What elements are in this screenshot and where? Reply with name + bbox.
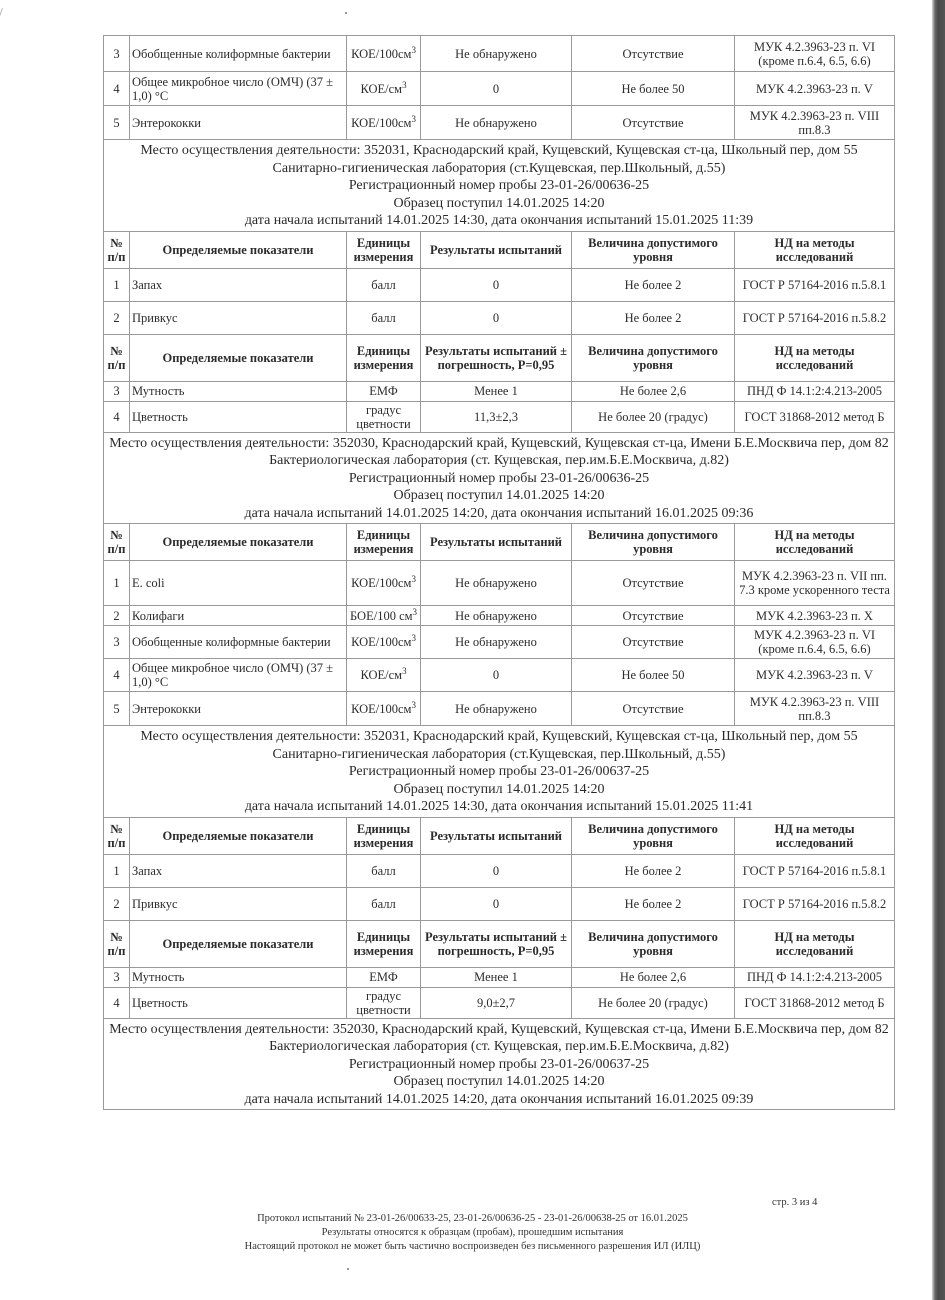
indicator-cell: Общее микробное число (ОМЧ) (37 ± 1,0) °…	[130, 72, 347, 106]
unit-cell: БОЕ/100 см3	[347, 606, 421, 626]
sample-received: Образец поступил 14.01.2025 14:20	[108, 781, 890, 799]
limit-cell: Отсутствие	[572, 626, 735, 659]
row-number: 2	[104, 606, 130, 626]
result-cell: Менее 1	[421, 967, 572, 987]
test-dates: дата начала испытаний 14.01.2025 14:20, …	[108, 1091, 890, 1109]
col-result-header: Результаты испытаний ± погрешность, Р=0,…	[421, 334, 572, 381]
col-num-header: № п/п	[104, 524, 130, 561]
limit-cell: Отсутствие	[572, 106, 735, 140]
sample-info-cell: Место осуществления деятельности: 352030…	[104, 1018, 895, 1110]
col-limit-header: Величина допустимого уровня	[572, 920, 735, 967]
method-cell: ПНД Ф 14.1:2:4.213-2005	[735, 381, 895, 401]
lab-text: Бактериологическая лаборатория (ст. Куще…	[108, 452, 890, 470]
row-number: 1	[104, 854, 130, 887]
unit-superscript: 3	[411, 574, 416, 584]
result-cell: Не обнаружено	[421, 626, 572, 659]
limit-cell: Не более 20 (градус)	[572, 401, 735, 432]
table-row: 1Запахбалл0Не более 2ГОСТ Р 57164-2016 п…	[104, 268, 895, 301]
result-cell: 9,0±2,7	[421, 987, 572, 1018]
row-number: 5	[104, 106, 130, 140]
footer-copy-note: Настоящий протокол не может быть частичн…	[0, 1240, 945, 1253]
registration-number: Регистрационный номер пробы 23-01-26/006…	[108, 177, 890, 195]
indicator-cell: Общее микробное число (ОМЧ) (37 ± 1,0) °…	[130, 659, 347, 692]
sample-info-cell: Место осуществления деятельности: 352031…	[104, 726, 895, 818]
method-cell: МУК 4.2.3963-23 п. VI (кроме п.6.4, 6.5,…	[735, 36, 895, 72]
sample-received: Образец поступил 14.01.2025 14:20	[108, 1073, 890, 1091]
place-text: Место осуществления деятельности: 352030…	[108, 435, 890, 453]
scan-speck	[347, 1268, 349, 1270]
limit-cell: Не более 2	[572, 301, 735, 334]
col-unit-header: Единицы измерения	[347, 817, 421, 854]
limit-cell: Не более 2	[572, 854, 735, 887]
method-cell: ГОСТ Р 57164-2016 п.5.8.2	[735, 887, 895, 920]
indicator-cell: Запах	[130, 268, 347, 301]
method-cell: МУК 4.2.3963-23 п. VIII пп.8.3	[735, 106, 895, 140]
method-cell: ГОСТ 31868-2012 метод Б	[735, 401, 895, 432]
row-number: 3	[104, 967, 130, 987]
table-row: 3Обобщенные колиформные бактерииКОЕ/100с…	[104, 626, 895, 659]
unit-cell: балл	[347, 854, 421, 887]
result-cell: Не обнаружено	[421, 606, 572, 626]
row-number: 4	[104, 72, 130, 106]
unit-superscript: 3	[411, 44, 416, 54]
table-header-row: № п/пОпределяемые показателиЕдиницы изме…	[104, 231, 895, 268]
row-number: 4	[104, 987, 130, 1018]
result-cell: Не обнаружено	[421, 692, 572, 726]
col-num-header: № п/п	[104, 817, 130, 854]
col-method-header: НД на методы исследований	[735, 231, 895, 268]
unit-cell: ЕМФ	[347, 381, 421, 401]
lab-text: Бактериологическая лаборатория (ст. Куще…	[108, 1038, 890, 1056]
indicator-cell: Энтерококки	[130, 106, 347, 140]
indicator-cell: Колифаги	[130, 606, 347, 626]
col-limit-header: Величина допустимого уровня	[572, 524, 735, 561]
sample-info-row: Место осуществления деятельности: 352030…	[104, 432, 895, 524]
test-protocol-page: 3Обобщенные колиформные бактерииКОЕ/100с…	[103, 35, 894, 1110]
col-num-header: № п/п	[104, 231, 130, 268]
footer-protocol-line: Протокол испытаний № 23-01-26/00633-25, …	[0, 1212, 945, 1225]
result-cell: Не обнаружено	[421, 561, 572, 606]
unit-superscript: 3	[411, 633, 416, 643]
sample-info-cell: Место осуществления деятельности: 352030…	[104, 432, 895, 524]
table-row: 2Привкусбалл0Не более 2ГОСТ Р 57164-2016…	[104, 887, 895, 920]
place-text: Место осуществления деятельности: 352030…	[108, 1021, 890, 1039]
method-cell: МУК 4.2.3963-23 п. X	[735, 606, 895, 626]
table-row: 4Общее микробное число (ОМЧ) (37 ± 1,0) …	[104, 72, 895, 106]
unit-text: градус цветности	[356, 989, 410, 1017]
unit-cell: ЕМФ	[347, 967, 421, 987]
indicator-cell: Привкус	[130, 887, 347, 920]
unit-text: балл	[371, 897, 396, 911]
limit-cell: Не более 50	[572, 659, 735, 692]
result-cell: 0	[421, 659, 572, 692]
unit-text: КОЕ/100см	[351, 576, 411, 590]
unit-superscript: 3	[402, 666, 407, 676]
result-cell: 0	[421, 268, 572, 301]
row-number: 4	[104, 659, 130, 692]
method-cell: ПНД Ф 14.1:2:4.213-2005	[735, 967, 895, 987]
limit-cell: Не более 50	[572, 72, 735, 106]
sample-info-row: Место осуществления деятельности: 352031…	[104, 140, 895, 232]
limit-cell: Не более 20 (градус)	[572, 987, 735, 1018]
sample-info-row: Место осуществления деятельности: 352031…	[104, 726, 895, 818]
row-number: 1	[104, 561, 130, 606]
table-row: 3МутностьЕМФМенее 1Не более 2,6ПНД Ф 14.…	[104, 967, 895, 987]
row-number: 2	[104, 887, 130, 920]
indicator-cell: Обобщенные колиформные бактерии	[130, 626, 347, 659]
unit-text: балл	[371, 864, 396, 878]
indicator-cell: Мутность	[130, 967, 347, 987]
unit-cell: КОЕ/100см3	[347, 626, 421, 659]
unit-cell: градус цветности	[347, 987, 421, 1018]
registration-number: Регистрационный номер пробы 23-01-26/006…	[108, 763, 890, 781]
unit-cell: КОЕ/100см3	[347, 561, 421, 606]
col-limit-header: Величина допустимого уровня	[572, 817, 735, 854]
table-header-row: № п/пОпределяемые показателиЕдиницы изме…	[104, 920, 895, 967]
lab-text: Санитарно-гигиеническая лаборатория (ст.…	[108, 160, 890, 178]
sample-info-row: Место осуществления деятельности: 352030…	[104, 1018, 895, 1110]
sample-info-cell: Место осуществления деятельности: 352031…	[104, 140, 895, 232]
table-row: 5ЭнтерококкиКОЕ/100см3Не обнаруженоОтсут…	[104, 106, 895, 140]
col-indicator-header: Определяемые показатели	[130, 817, 347, 854]
unit-text: КОЕ/100см	[351, 702, 411, 716]
unit-text: ЕМФ	[369, 970, 397, 984]
unit-superscript: 3	[411, 113, 416, 123]
place-text: Место осуществления деятельности: 352031…	[108, 142, 890, 160]
limit-cell: Не более 2,6	[572, 967, 735, 987]
test-dates: дата начала испытаний 14.01.2025 14:20, …	[108, 505, 890, 523]
table-row: 1Запахбалл0Не более 2ГОСТ Р 57164-2016 п…	[104, 854, 895, 887]
unit-cell: градус цветности	[347, 401, 421, 432]
row-number: 4	[104, 401, 130, 432]
unit-text: КОЕ/см	[360, 82, 402, 96]
unit-text: балл	[371, 311, 396, 325]
indicator-cell: Запах	[130, 854, 347, 887]
unit-text: КОЕ/100см	[351, 116, 411, 130]
limit-cell: Не более 2,6	[572, 381, 735, 401]
row-number: 5	[104, 692, 130, 726]
unit-cell: КОЕ/см3	[347, 659, 421, 692]
test-dates: дата начала испытаний 14.01.2025 14:30, …	[108, 798, 890, 816]
row-number: 3	[104, 381, 130, 401]
limit-cell: Отсутствие	[572, 561, 735, 606]
unit-text: ЕМФ	[369, 384, 397, 398]
limit-cell: Не более 2	[572, 887, 735, 920]
col-result-header: Результаты испытаний	[421, 817, 572, 854]
unit-cell: КОЕ/100см3	[347, 36, 421, 72]
table-row: 5ЭнтерококкиКОЕ/100см3Не обнаруженоОтсут…	[104, 692, 895, 726]
sample-received: Образец поступил 14.01.2025 14:20	[108, 487, 890, 505]
col-result-header: Результаты испытаний	[421, 524, 572, 561]
method-cell: ГОСТ Р 57164-2016 п.5.8.2	[735, 301, 895, 334]
table-header-row: № п/пОпределяемые показателиЕдиницы изме…	[104, 334, 895, 381]
page-number: стр. 3 из 4	[772, 1197, 817, 1208]
unit-cell: КОЕ/100см3	[347, 692, 421, 726]
col-limit-header: Величина допустимого уровня	[572, 231, 735, 268]
col-indicator-header: Определяемые показатели	[130, 231, 347, 268]
scan-artifact-line	[0, 8, 3, 206]
col-indicator-header: Определяемые показатели	[130, 334, 347, 381]
unit-cell: КОЕ/см3	[347, 72, 421, 106]
limit-cell: Отсутствие	[572, 606, 735, 626]
unit-text: КОЕ/100см	[351, 47, 411, 61]
registration-number: Регистрационный номер пробы 23-01-26/006…	[108, 1056, 890, 1074]
method-cell: МУК 4.2.3963-23 п. VIII пп.8.3	[735, 692, 895, 726]
registration-number: Регистрационный номер пробы 23-01-26/006…	[108, 470, 890, 488]
col-result-header: Результаты испытаний ± погрешность, Р=0,…	[421, 920, 572, 967]
row-number: 3	[104, 36, 130, 72]
scanner-edge-shadow	[932, 0, 945, 1300]
col-unit-header: Единицы измерения	[347, 524, 421, 561]
unit-cell: КОЕ/100см3	[347, 106, 421, 140]
method-cell: МУК 4.2.3963-23 п. V	[735, 659, 895, 692]
table-row: 2КолифагиБОЕ/100 см3Не обнаруженоОтсутст…	[104, 606, 895, 626]
method-cell: ГОСТ Р 57164-2016 п.5.8.1	[735, 854, 895, 887]
col-unit-header: Единицы измерения	[347, 920, 421, 967]
place-text: Место осуществления деятельности: 352031…	[108, 728, 890, 746]
row-number: 1	[104, 268, 130, 301]
unit-superscript: 3	[411, 699, 416, 709]
method-cell: ГОСТ Р 57164-2016 п.5.8.1	[735, 268, 895, 301]
col-num-header: № п/п	[104, 920, 130, 967]
indicator-cell: E. coli	[130, 561, 347, 606]
col-indicator-header: Определяемые показатели	[130, 920, 347, 967]
table-row: 4Общее микробное число (ОМЧ) (37 ± 1,0) …	[104, 659, 895, 692]
col-result-header: Результаты испытаний	[421, 231, 572, 268]
unit-cell: балл	[347, 887, 421, 920]
result-cell: Менее 1	[421, 381, 572, 401]
test-dates: дата начала испытаний 14.01.2025 14:30, …	[108, 212, 890, 230]
table-row: 3Обобщенные колиформные бактерииКОЕ/100с…	[104, 36, 895, 72]
lab-text: Санитарно-гигиеническая лаборатория (ст.…	[108, 746, 890, 764]
result-cell: 0	[421, 854, 572, 887]
indicator-cell: Цветность	[130, 987, 347, 1018]
table-row: 4Цветностьградус цветности11,3±2,3Не бол…	[104, 401, 895, 432]
unit-superscript: 3	[413, 606, 418, 616]
col-method-header: НД на методы исследований	[735, 334, 895, 381]
method-cell: ГОСТ 31868-2012 метод Б	[735, 987, 895, 1018]
sample-received: Образец поступил 14.01.2025 14:20	[108, 195, 890, 213]
table-header-row: № п/пОпределяемые показателиЕдиницы изме…	[104, 524, 895, 561]
method-cell: МУК 4.2.3963-23 п. VI (кроме п.6.4, 6.5,…	[735, 626, 895, 659]
result-cell: 0	[421, 887, 572, 920]
results-table: 3Обобщенные колиформные бактерииКОЕ/100с…	[103, 35, 895, 1110]
col-unit-header: Единицы измерения	[347, 334, 421, 381]
limit-cell: Не более 2	[572, 268, 735, 301]
footer-results-note: Результаты относятся к образцам (пробам)…	[0, 1226, 945, 1239]
row-number: 3	[104, 626, 130, 659]
indicator-cell: Энтерококки	[130, 692, 347, 726]
unit-text: балл	[371, 278, 396, 292]
col-limit-header: Величина допустимого уровня	[572, 334, 735, 381]
unit-text: КОЕ/100см	[351, 635, 411, 649]
table-header-row: № п/пОпределяемые показателиЕдиницы изме…	[104, 817, 895, 854]
indicator-cell: Мутность	[130, 381, 347, 401]
scan-speck	[345, 12, 347, 14]
table-row: 4Цветностьградус цветности9,0±2,7Не боле…	[104, 987, 895, 1018]
col-method-header: НД на методы исследований	[735, 524, 895, 561]
result-cell: 0	[421, 72, 572, 106]
indicator-cell: Цветность	[130, 401, 347, 432]
limit-cell: Отсутствие	[572, 692, 735, 726]
results-table-body: 3Обобщенные колиформные бактерииКОЕ/100с…	[104, 36, 895, 1110]
unit-cell: балл	[347, 268, 421, 301]
col-num-header: № п/п	[104, 334, 130, 381]
table-row: 2Привкусбалл0Не более 2ГОСТ Р 57164-2016…	[104, 301, 895, 334]
unit-text: КОЕ/см	[360, 668, 402, 682]
unit-cell: балл	[347, 301, 421, 334]
col-indicator-header: Определяемые показатели	[130, 524, 347, 561]
result-cell: 11,3±2,3	[421, 401, 572, 432]
indicator-cell: Обобщенные колиформные бактерии	[130, 36, 347, 72]
col-method-header: НД на методы исследований	[735, 920, 895, 967]
table-row: 1E. coliКОЕ/100см3Не обнаруженоОтсутстви…	[104, 561, 895, 606]
result-cell: Не обнаружено	[421, 106, 572, 140]
unit-text: градус цветности	[356, 403, 410, 431]
col-method-header: НД на методы исследований	[735, 817, 895, 854]
result-cell: 0	[421, 301, 572, 334]
limit-cell: Отсутствие	[572, 36, 735, 72]
col-unit-header: Единицы измерения	[347, 231, 421, 268]
method-cell: МУК 4.2.3963-23 п. V	[735, 72, 895, 106]
indicator-cell: Привкус	[130, 301, 347, 334]
row-number: 2	[104, 301, 130, 334]
table-row: 3МутностьЕМФМенее 1Не более 2,6ПНД Ф 14.…	[104, 381, 895, 401]
method-cell: МУК 4.2.3963-23 п. VII пп. 7.3 кроме уск…	[735, 561, 895, 606]
result-cell: Не обнаружено	[421, 36, 572, 72]
unit-superscript: 3	[402, 79, 407, 89]
unit-text: БОЕ/100 см	[350, 609, 413, 623]
